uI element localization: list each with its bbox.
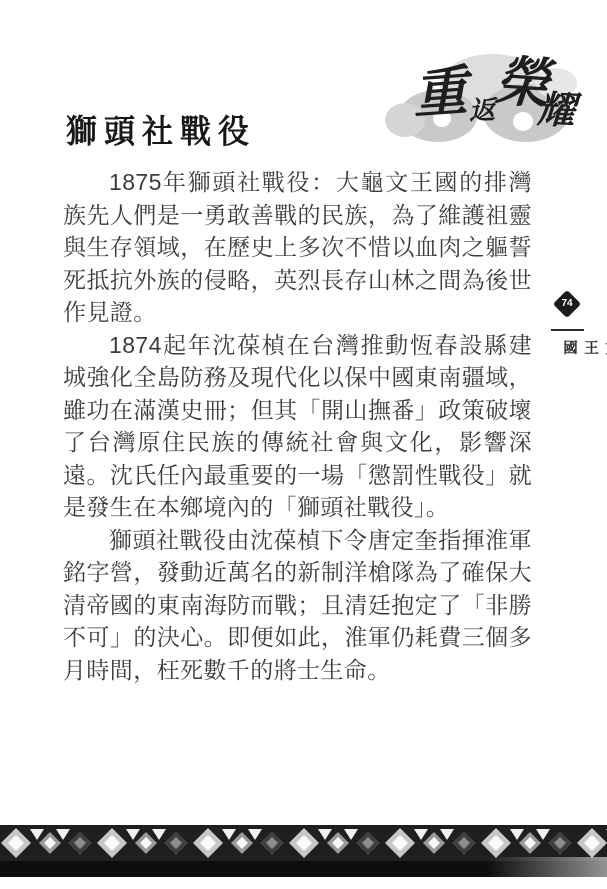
print-fade: [487, 857, 607, 877]
return-to-glory-emblem: 重 返 榮 耀: [385, 48, 575, 153]
page-number: 74: [557, 294, 577, 314]
paragraph: 獅頭社戰役由沈葆楨下令唐定奎指揮淮軍銘字營，發動近萬名的新制洋槍隊為了確保大清帝…: [63, 524, 532, 687]
paragraph: 1875年獅頭社戰役：大龜文王國的排灣族先人們是一勇敢善戰的民族，為了維護祖靈與…: [63, 166, 532, 329]
chapter-title: 獅頭社戰役: [66, 105, 256, 152]
page-number-badge: 74: [553, 290, 581, 318]
emblem-calligraphy-char: 返: [469, 98, 496, 125]
emblem-calligraphy-char: 耀: [536, 91, 576, 131]
emblem-calligraphy-char: 重: [411, 64, 469, 122]
ink-blob-hole: [513, 112, 533, 131]
paiwan-border-pattern: [0, 825, 607, 877]
article-body: 1875年獅頭社戰役：大龜文王國的排灣族先人們是一勇敢善戰的民族，為了維護祖靈與…: [63, 166, 532, 686]
book-page: 重 返 榮 耀 獅頭社戰役 1875年獅頭社戰役：大龜文王國的排灣族先人們是一勇…: [0, 0, 607, 889]
paragraph: 1874起年沈葆楨在台灣推動恆春設縣建城強化全島防務及現代化以保中國東南疆域，雖…: [63, 329, 532, 524]
book-section-title: 大龜文王國: [559, 340, 607, 357]
tab-divider: [551, 329, 584, 331]
